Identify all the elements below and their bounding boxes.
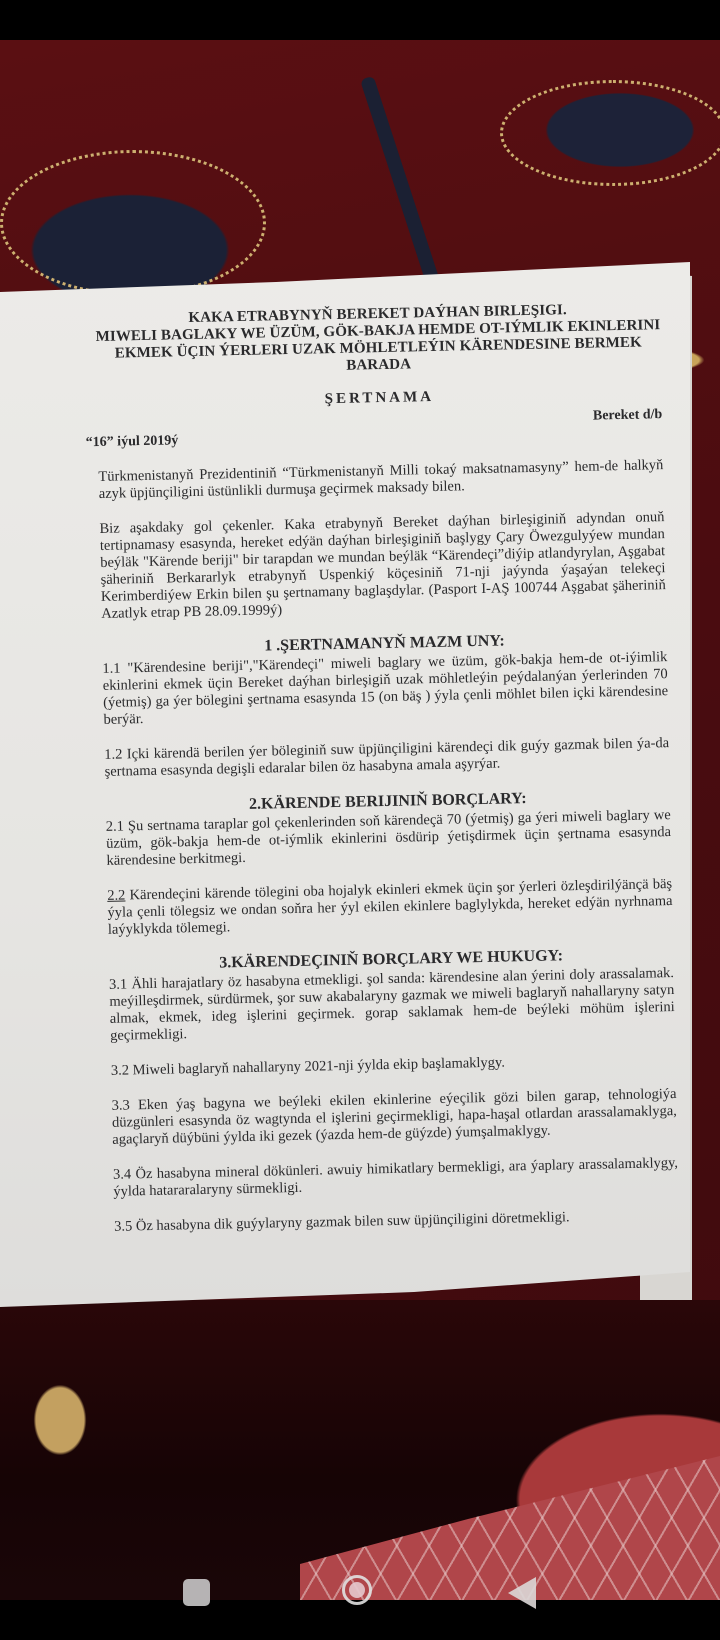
clause-number: 3.1 — [109, 976, 127, 992]
clause-text: "Kärendesine beriji","Kärendeçi" miweli … — [103, 649, 669, 728]
document: KAKA ETRABYNYŇ BEREKET DAÝHAN BIRLEŞIGI.… — [95, 300, 679, 1236]
clause-text: Şu sertnama taraplar gol çekenlerinden s… — [106, 807, 671, 869]
clause: 3.4 Öz hasabyna mineral dökünleri. awuiy… — [113, 1155, 679, 1201]
navigation-bar — [0, 1600, 720, 1640]
clause-number: 3.4 — [113, 1166, 131, 1182]
clause-number: 3.2 — [111, 1062, 129, 1078]
clause-number: 2.2 — [107, 887, 125, 903]
section-3: 3.KÄRENDEÇINIŇ BORÇLARY WE HUKUGY: 3.1 Ä… — [109, 945, 680, 1236]
clause: 2.2 Kärendeçini kärende tölegini oba hoj… — [107, 876, 673, 939]
document-date: “16” iýul 2019ý — [86, 433, 179, 451]
clause: 1.2 Içki kärendä berilen ýer böleginiň s… — [104, 735, 670, 781]
clause: 1.1 "Kärendesine beriji","Kärendeçi" miw… — [102, 649, 668, 729]
rug-pattern — [0, 150, 266, 296]
clause-number: 1.2 — [104, 747, 122, 763]
document-meta: “16” iýul 2019ý Bereket d/b — [97, 407, 663, 451]
clause-text: Içki kärendä berilen ýer böleginiň suw ü… — [104, 735, 669, 780]
intro-paragraph: Türkmenistanyň Prezidentiniň “Türkmenist… — [98, 457, 664, 503]
intro-paragraph: Biz aşakdaky gol çekenler. Kaka etrabyny… — [99, 509, 666, 623]
section-1: 1 .ŞERTNAMANYŇ MAZM UNY: 1.1 "Kärendesin… — [102, 629, 670, 781]
status-bar — [0, 0, 720, 40]
clause: 2.1 Şu sertnama taraplar gol çekenlerind… — [106, 807, 672, 870]
circle-icon — [349, 1582, 365, 1598]
clause-text: Ähli harajatlary öz hasabyna etmekligi. … — [109, 965, 675, 1044]
clause-text: Miweli baglaryň nahallaryny 2021-nji ýyl… — [132, 1055, 505, 1079]
clause-number: 1.1 — [102, 661, 120, 677]
document-title: KAKA ETRABYNYŇ BEREKET DAÝHAN BIRLEŞIGI.… — [95, 300, 661, 380]
clause: 3.1 Ähli harajatlary öz hasabyna etmekli… — [109, 965, 675, 1045]
clause-text: Kärendeçini kärende tölegini oba hojalyk… — [107, 876, 672, 938]
clause: 3.3 Eken ýaş bagyna we beýleki ekilen ek… — [111, 1086, 677, 1149]
rug-pattern — [500, 80, 720, 186]
clause-text: Eken ýaş bagyna we beýleki ekilen ekinle… — [112, 1086, 677, 1148]
clause-number: 3.3 — [111, 1097, 129, 1113]
recent-apps-button[interactable] — [183, 1579, 210, 1606]
clause: 3.2 Miweli baglaryň nahallaryny 2021-nji… — [111, 1051, 676, 1080]
section-2: 2.KÄRENDE BERIJINIŇ BORÇLARY: 2.1 Şu ser… — [105, 787, 673, 939]
home-button[interactable] — [342, 1575, 372, 1605]
clause-number: 3.5 — [114, 1218, 132, 1234]
clause-text: Öz hasabyna mineral dökünleri. awuiy him… — [113, 1155, 678, 1200]
organization-name: Bereket d/b — [593, 407, 663, 440]
clause-number: 2.1 — [106, 819, 124, 835]
back-button[interactable] — [508, 1577, 536, 1609]
